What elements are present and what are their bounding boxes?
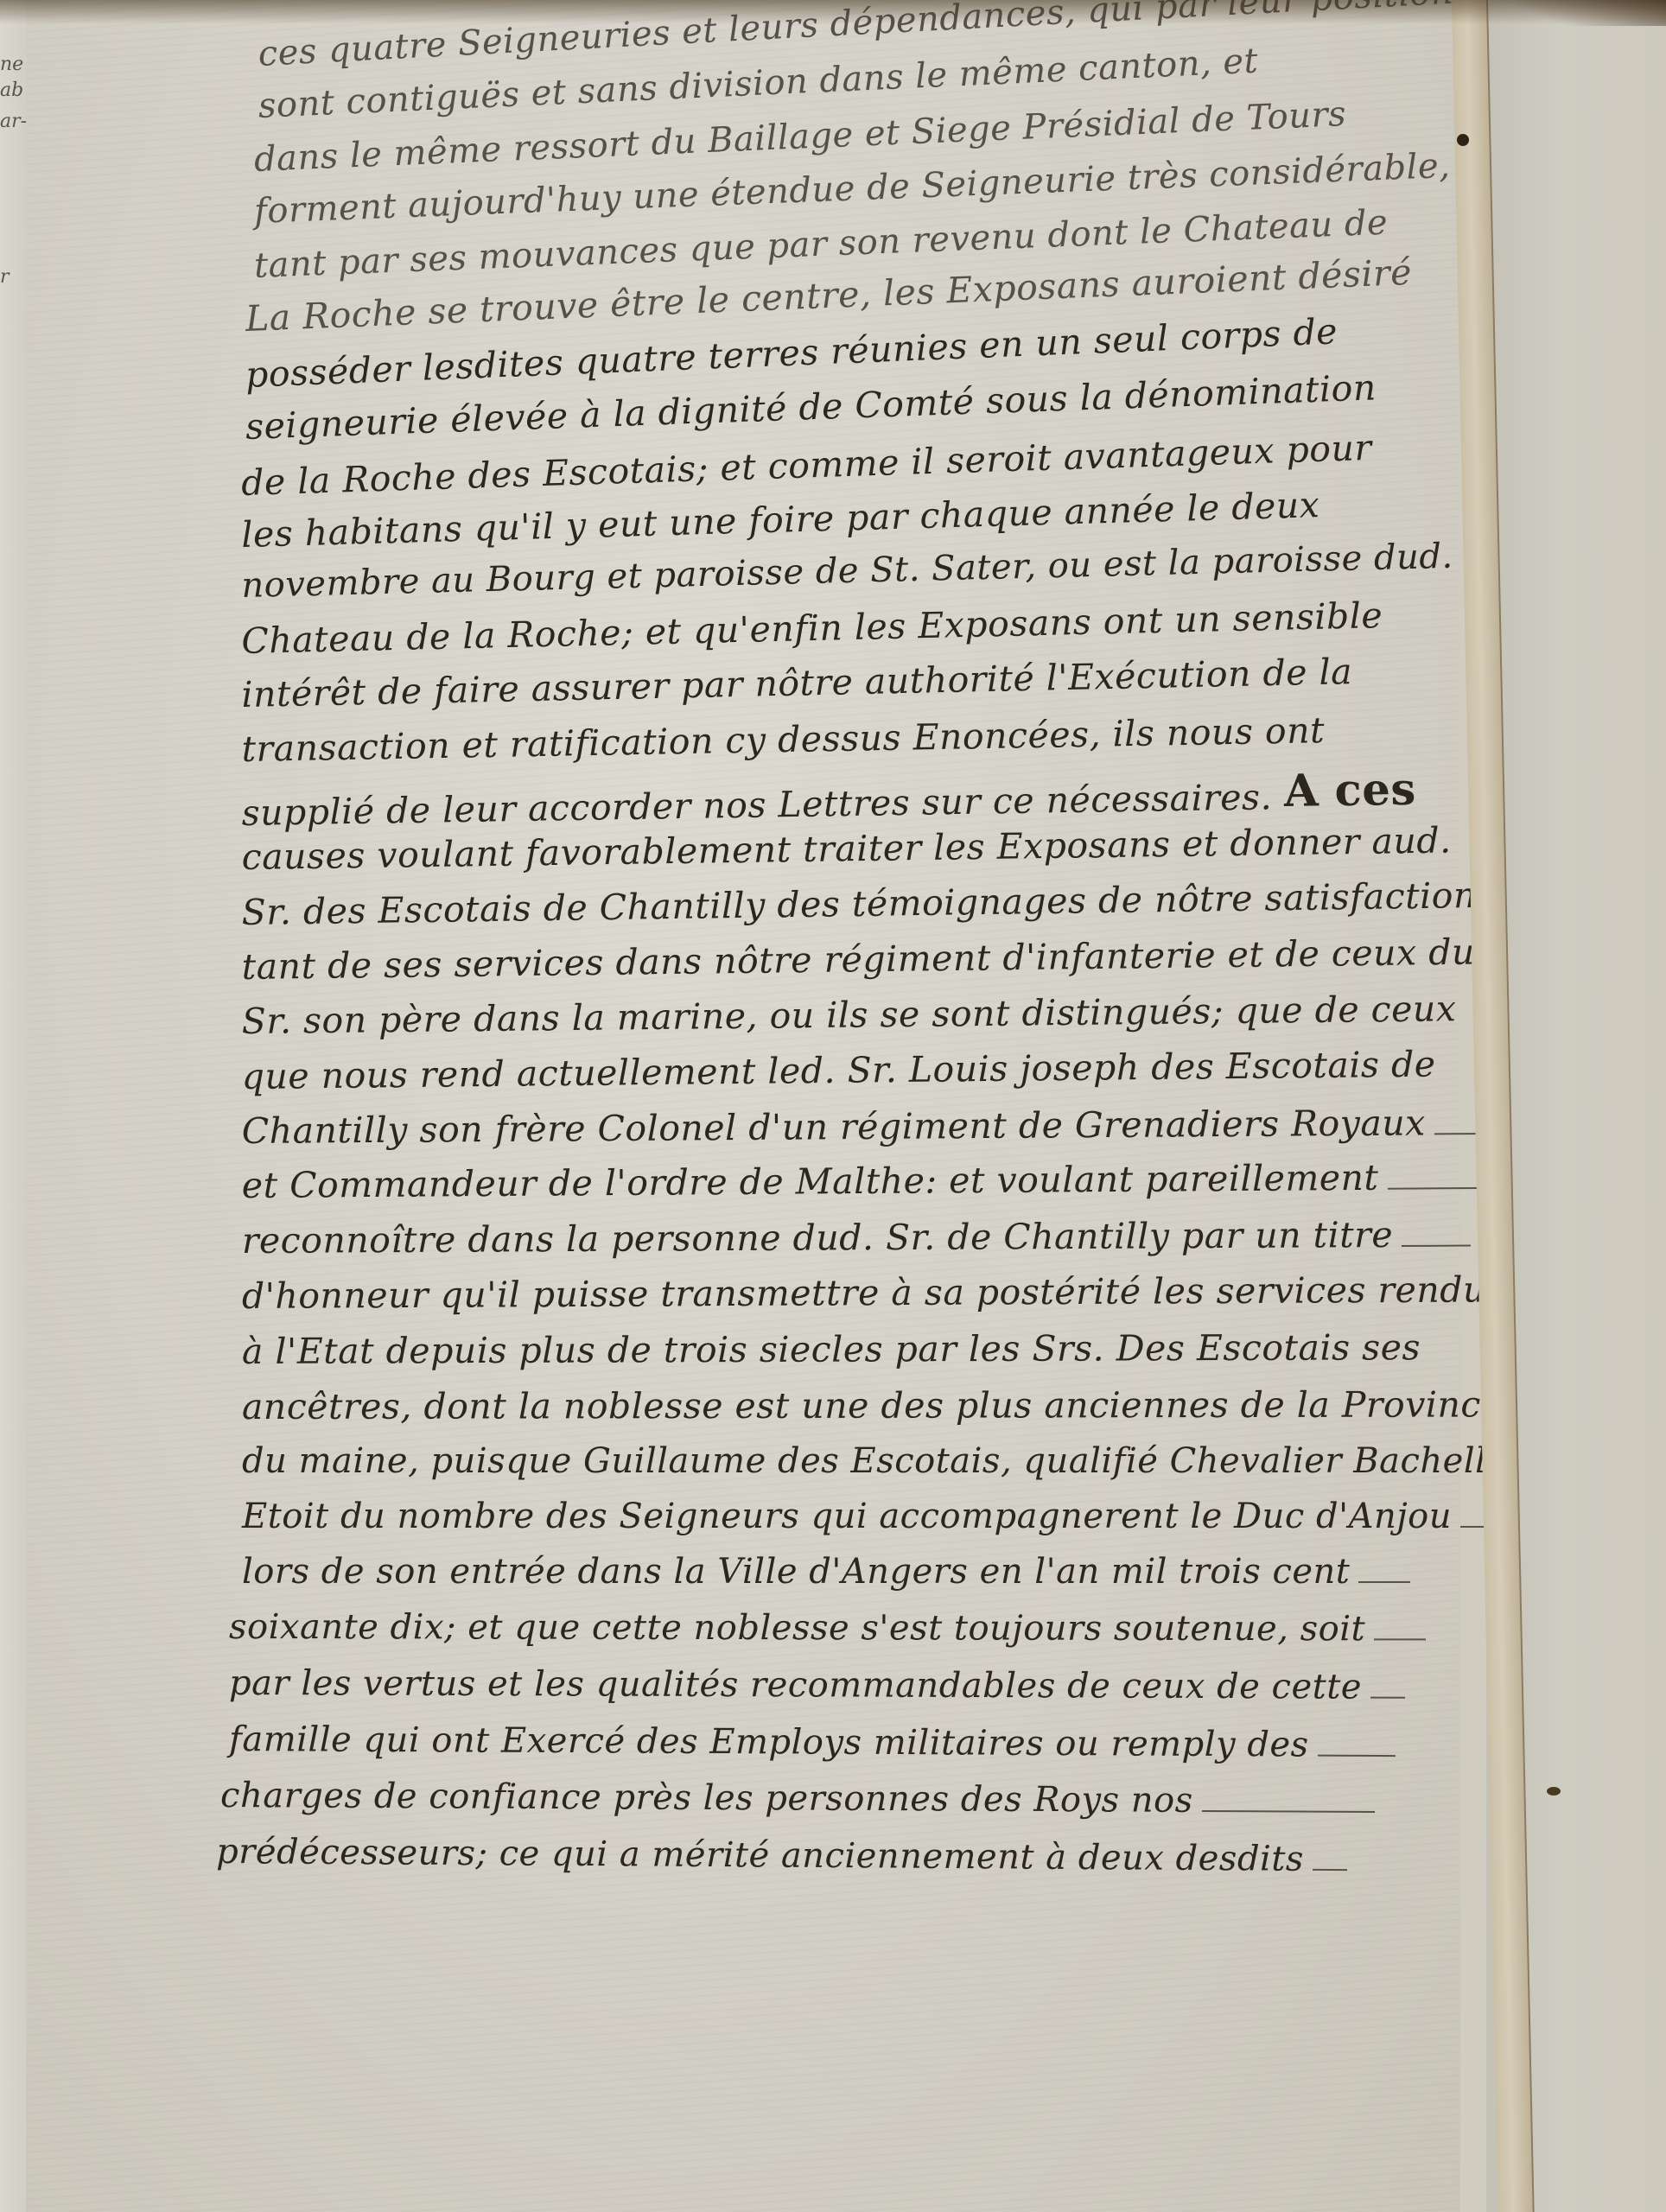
left-page-fragment: ab [0,79,23,101]
manuscript-line: charges de confiance près les personnes … [220,1776,1375,1821]
manuscript-photo: ne ab ar- r ces quatre Seigneuries et le… [0,0,1666,2212]
manuscript-line: famille qui ont Exercé des Employs milit… [229,1719,1396,1765]
line-filler-flourish [1387,1187,1491,1190]
manuscript-line: que nous rend actuellement led. Sr. Loui… [241,1044,1435,1097]
manuscript-line: soixante dix; et que cette noblesse s'es… [229,1607,1426,1649]
manuscript-line: Chantilly son frère Colonel d'un régimen… [242,1102,1486,1152]
line-filler-flourish [1374,1638,1426,1640]
line-filler-flourish [1202,1810,1375,1813]
manuscript-line: Sr. des Escotais de Chantilly des témoig… [241,874,1488,933]
line-filler-flourish [1313,1869,1347,1871]
manuscript-line: Chateau de la Roche; et qu'enfin les Exp… [241,594,1383,662]
manuscript-sheet: ces quatre Seigneuries et leurs dépendan… [26,0,1460,2212]
manuscript-line: transaction et ratification cy dessus En… [241,709,1325,770]
line-filler-flourish [1460,1526,1486,1528]
stitch-hole [1457,134,1469,146]
manuscript-line: et Commandeur de l'ordre de Malthe: et v… [242,1156,1491,1206]
manuscript-text: ces quatre Seigneuries et leurs dépendan… [26,0,1460,2212]
manuscript-line: par les vertus et les qualités recommand… [229,1663,1405,1707]
line-filler-flourish [1370,1697,1405,1699]
left-page-fragment: r [0,266,10,288]
line-filler-flourish [1358,1581,1410,1583]
manuscript-line: lors de son entrée dans la Ville d'Anger… [242,1552,1410,1592]
section-initial-a-ces: A ces [1283,764,1416,817]
corner-shadow [1493,0,1666,26]
left-page-fragment: ar- [0,111,27,132]
manuscript-line: prédécesseurs; ce qui a mérité anciennem… [216,1832,1347,1879]
line-filler-flourish [1318,1755,1396,1757]
manuscript-line: d'honneur qu'il puisse transmettre à sa … [242,1268,1505,1317]
left-page-fragment: ne [0,54,23,75]
stitch-hole [1547,1787,1561,1796]
line-filler-flourish [1402,1245,1471,1247]
manuscript-line: du maine, puisque Guillaume des Escotais… [242,1441,1536,1481]
manuscript-line: à l'Etat depuis plus de trois siecles pa… [242,1326,1421,1372]
manuscript-line: reconnoître dans la personne dud. Sr. de… [242,1214,1471,1262]
top-edge-shadow [0,0,1666,24]
manuscript-line: ancêtres, dont la noblesse est une des p… [242,1383,1503,1427]
manuscript-line: Sr. son père dans la marine, ou ils se s… [241,988,1456,1042]
manuscript-line: tant de ses services dans nôtre régiment… [241,931,1475,988]
manuscript-line: intérêt de faire assurer par nôtre autho… [241,651,1353,715]
manuscript-line: Etoit du nombre des Seigneurs qui accomp… [242,1497,1486,1536]
